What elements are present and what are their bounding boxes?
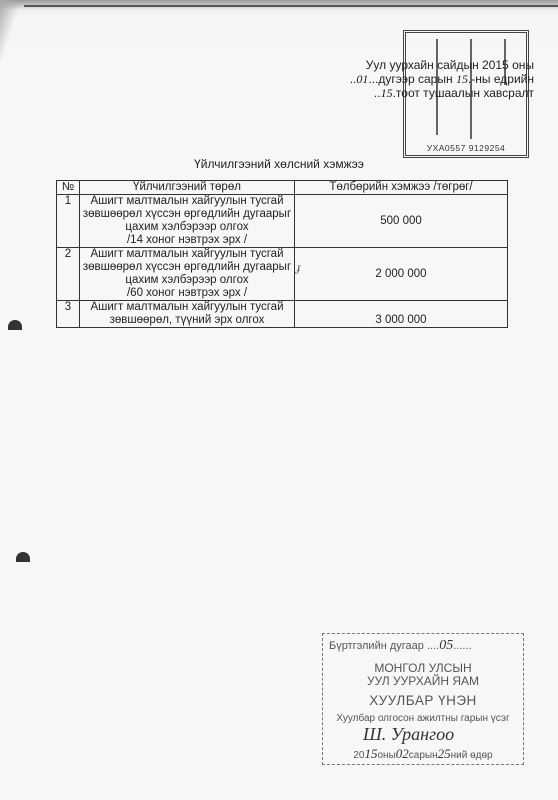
fee-amount: 500 000 bbox=[295, 195, 508, 248]
table-header-row: № Үйлчилгээний төрөл Төлбөрийн хэмжээ /т… bbox=[57, 181, 508, 195]
fee-amount: 3 000 000 bbox=[295, 301, 508, 328]
annex-line-3: ..15.тоот тушаалын хавсралт bbox=[350, 86, 534, 100]
annex-line-1: Уул уурхайн сайдын 2015 оны bbox=[350, 58, 534, 72]
order-fill: 15 bbox=[381, 86, 393, 100]
fee-amount: 2 000 000 bbox=[295, 248, 508, 301]
stamp-country: МОНГОЛ УЛСЫН bbox=[323, 661, 523, 675]
table-row: 2 Ашигт малтмалын хайгуулын тусгай зөвшө… bbox=[57, 248, 508, 301]
header-number: № bbox=[57, 181, 80, 195]
table-row: 1 Ашигт малтмалын хайгуулын тусгай зөвшө… bbox=[57, 195, 508, 248]
header-service-type: Үйлчилгээний төрөл bbox=[80, 181, 295, 195]
fee-table: № Үйлчилгээний төрөл Төлбөрийн хэмжээ /т… bbox=[56, 180, 508, 328]
table-row: 3 Ашигт малтмалын хайгуулын тусгай зөвшө… bbox=[57, 301, 508, 328]
certified-copy-stamp: Бүртгэлийн дугаар ....05...... МОНГОЛ УЛ… bbox=[322, 633, 524, 765]
handwritten-signature: Ш. Урангоо bbox=[363, 724, 454, 745]
annex-line-2: ..01...дугээр сарын 15.-ны едрийн bbox=[350, 72, 534, 86]
stamp-ministry: УУЛ УУРХАЙН ЯАМ bbox=[323, 674, 523, 688]
annex-header: Уул уурхайн сайдын 2015 оны ..01...дугээ… bbox=[350, 58, 534, 100]
row-number: 2 bbox=[57, 248, 80, 301]
registration-line: Бүртгэлийн дугаар ....05...... bbox=[329, 638, 472, 654]
punch-hole bbox=[8, 320, 22, 330]
service-description: Ашигт малтмалын хайгуулын тусгай зөвшөөр… bbox=[80, 248, 295, 301]
service-description: Ашигт малтмалын хайгуулын тусгай зөвшөөр… bbox=[80, 301, 295, 328]
header-fee-amount: Төлбөрийн хэмжээ /төгрөг/ bbox=[295, 181, 508, 195]
row-number: 1 bbox=[57, 195, 80, 248]
service-description: Ашигт малтмалын хайгуулын тусгай зөвшөөр… bbox=[80, 195, 295, 248]
certification-date: 2015оны02сарын25ний өдөр bbox=[323, 746, 523, 762]
row-number: 3 bbox=[57, 301, 80, 328]
day-fill: 15 bbox=[456, 72, 468, 86]
stamp-title: ХУУЛБАР ҮНЭН bbox=[323, 693, 523, 708]
seal-code: УХА0557 9129254 bbox=[406, 143, 526, 153]
month-fill: 01 bbox=[356, 72, 368, 86]
signer-label: Хуулбар олгосон ажилтны гарын үсэг bbox=[323, 713, 523, 724]
document-title: Үйлчилгээний хөлсний хэмжээ bbox=[0, 157, 558, 171]
punch-hole bbox=[16, 552, 30, 562]
pen-mark: ɟ bbox=[297, 260, 300, 275]
registration-number: 05 bbox=[439, 638, 453, 653]
page-top-edge bbox=[24, 5, 558, 7]
